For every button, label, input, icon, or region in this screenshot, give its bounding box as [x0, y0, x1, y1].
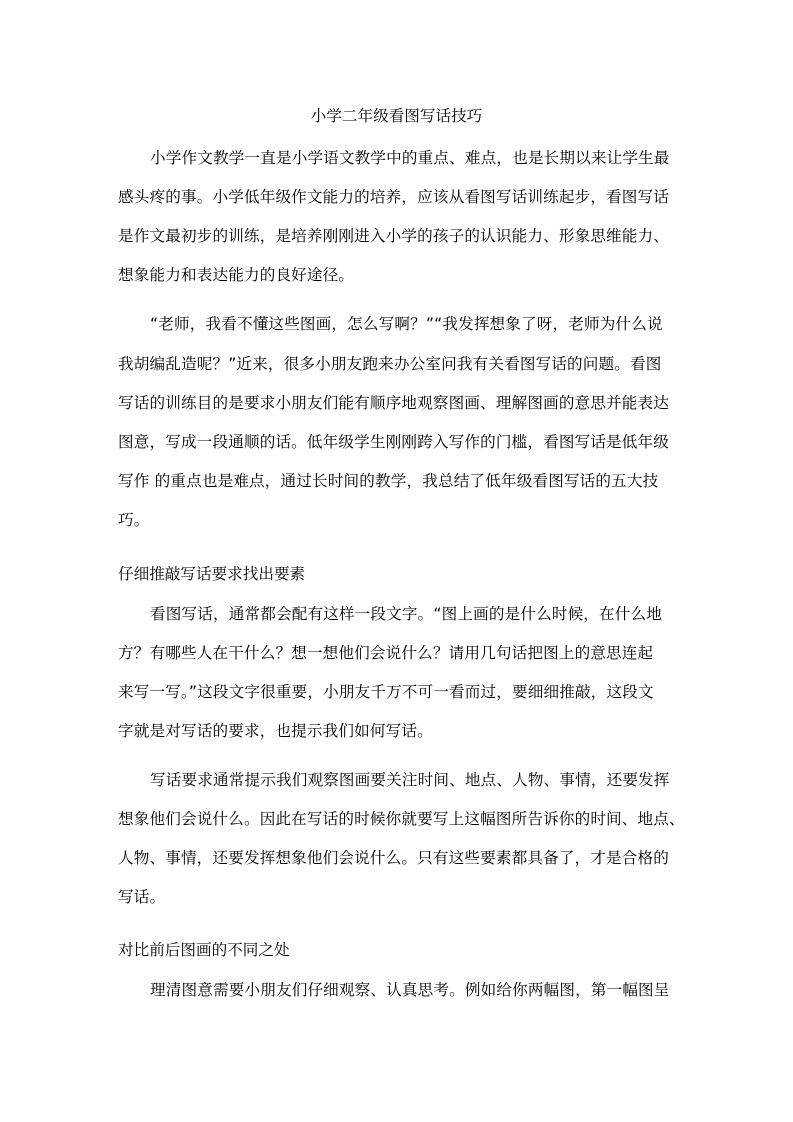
paragraph-2-line-1: “老师，我看不懂这些图画，怎么写啊？”“我发挥想象了呀，老师为什么说 [150, 314, 710, 334]
paragraph-2-line-5: 写作 的重点也是难点，通过长时间的教学，我总结了低年级看图写话的五大技 [118, 471, 678, 491]
paragraph-1-line-1: 小学作文教学一直是小学语文教学中的重点、难点，也是长期以来让学生最 [150, 148, 710, 168]
document-title: 小学二年级看图写话技巧 [0, 106, 793, 126]
paragraph-2-line-6: 巧。 [118, 510, 678, 530]
section-1-paragraph-1-line-2: 方？有哪些人在干什么？想一想他们会说什么？请用几句话把图上的意思连起 [118, 643, 678, 663]
section-1-paragraph-2-line-2: 想象他们会说什么。因此在写话的时候你就要写上这幅图所告诉你的时间、地点、 [118, 809, 678, 829]
section-1-paragraph-1-line-1: 看图写话，通常都会配有这样一段文字。“图上画的是什么时候，在什么地 [150, 604, 710, 624]
paragraph-1-line-2: 感头疼的事。小学低年级作文能力的培养，应该从看图写话训练起步，看图写话 [118, 187, 678, 207]
section-1-paragraph-2-line-4: 写话。 [118, 887, 678, 907]
paragraph-2-line-3: 写话的训练目的是要求小朋友们能有顺序地观察图画、理解图画的意思并能表达 [118, 393, 678, 413]
section-1-paragraph-2-line-1: 写话要求通常提示我们观察图画要关注时间、地点、人物、事情，还要发挥 [150, 770, 710, 790]
document-page: 小学二年级看图写话技巧 小学作文教学一直是小学语文教学中的重点、难点，也是长期以… [0, 0, 793, 1122]
paragraph-2-line-2: 我胡编乱造呢？”近来，很多小朋友跑来办公室问我有关看图写话的问题。看图 [118, 354, 678, 374]
section-1-paragraph-1-line-3: 来写一写。”这段文字很重要，小朋友千万不可一看而过，要细细推敲，这段文 [118, 682, 678, 702]
section-1-paragraph-2-line-3: 人物、事情，还要发挥想象他们会说什么。只有这些要素都具备了，才是合格的 [118, 848, 678, 868]
section-2-paragraph-1-line-1: 理清图意需要小朋友们仔细观察、认真思考。例如给你两幅图，第一幅图呈 [150, 980, 710, 1000]
section-1-paragraph-1-line-4: 字就是对写话的要求，也提示我们如何写话。 [118, 721, 678, 741]
section-1-heading: 仔细推敲写话要求找出要素 [118, 564, 305, 584]
paragraph-1-line-4: 想象能力和表达能力的良好途径。 [118, 265, 678, 285]
section-2-heading: 对比前后图画的不同之处 [118, 940, 290, 960]
paragraph-2-line-4: 图意，写成一段通顺的话。低年级学生刚刚跨入写作的门槛，看图写话是低年级 [118, 432, 678, 452]
paragraph-1-line-3: 是作文最初步的训练，是培养刚刚进入小学的孩子的认识能力、形象思维能力、 [118, 226, 678, 246]
